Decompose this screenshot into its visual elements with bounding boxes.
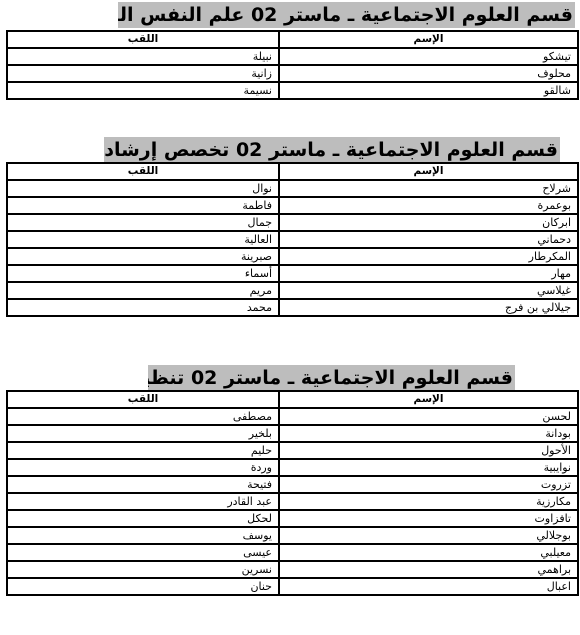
surname-cell: تافزاوت — [279, 510, 578, 527]
surname-cell: الأحول — [279, 442, 578, 459]
firstname-cell: عبد القادر — [7, 493, 279, 510]
firstname-cell: مصطفى — [7, 408, 279, 425]
surname-cell: محلوف — [279, 65, 578, 82]
surname-cell: اعبال — [279, 578, 578, 595]
firstname-cell: لحكل — [7, 510, 279, 527]
column-header-surname: الإسم — [279, 163, 578, 180]
surname-cell: تيشكو — [279, 48, 578, 65]
table-row: بودانةبلخير — [7, 425, 578, 442]
surname-cell: دحماني — [279, 231, 578, 248]
surname-cell: مهار — [279, 265, 578, 282]
firstname-cell: محمد — [7, 299, 279, 316]
surname-cell: بوعمرة — [279, 197, 578, 214]
roster-table: الإسم اللقب تيشكونبيلة محلوفزانية شالقون… — [6, 30, 579, 100]
roster-table: الإسم اللقب لحسنمصطفى بودانةبلخير الأحول… — [6, 390, 579, 596]
section-title: قسم العلوم الاجتماعية ـ ماستر 02 تخصص إر… — [104, 137, 560, 163]
table-row: مهارأسماء — [7, 265, 578, 282]
firstname-cell: مريم — [7, 282, 279, 299]
surname-cell: جيلالي بن فرج — [279, 299, 578, 316]
firstname-cell: بلخير — [7, 425, 279, 442]
table-row: ابركانجمال — [7, 214, 578, 231]
column-header-firstname: اللقب — [7, 163, 279, 180]
firstname-cell: أسماء — [7, 265, 279, 282]
surname-cell: نوايبية — [279, 459, 578, 476]
table-row: تزروتفتيحة — [7, 476, 578, 493]
section-title: قسم العلوم الاجتماعية ـ ماستر 02 علم الن… — [118, 2, 575, 28]
table-header-row: الإسم اللقب — [7, 163, 578, 180]
surname-cell: شرلاح — [279, 180, 578, 197]
surname-cell: بودانة — [279, 425, 578, 442]
table-row: غيلاسيمريم — [7, 282, 578, 299]
firstname-cell: فاطمة — [7, 197, 279, 214]
firstname-cell: نسيمة — [7, 82, 279, 99]
firstname-cell: عيسى — [7, 544, 279, 561]
firstname-cell: جمال — [7, 214, 279, 231]
table-row: المكرطارصبرينة — [7, 248, 578, 265]
section-title: قسم العلوم الاجتماعية ـ ماستر 02 تنظيم و… — [148, 365, 515, 391]
column-header-firstname: اللقب — [7, 31, 279, 48]
table-row: مكارزيةعبد القادر — [7, 493, 578, 510]
table-row: معيلبيعيسى — [7, 544, 578, 561]
firstname-cell: حنان — [7, 578, 279, 595]
table-row: شالقونسيمة — [7, 82, 578, 99]
table-row: محلوفزانية — [7, 65, 578, 82]
table-row: تافزاوتلحكل — [7, 510, 578, 527]
table-header-row: الإسم اللقب — [7, 391, 578, 408]
surname-cell: براهمي — [279, 561, 578, 578]
surname-cell: المكرطار — [279, 248, 578, 265]
surname-cell: مكارزية — [279, 493, 578, 510]
table-row: جيلالي بن فرجمحمد — [7, 299, 578, 316]
table-row: الأحولحليم — [7, 442, 578, 459]
firstname-cell: فتيحة — [7, 476, 279, 493]
surname-cell: لحسن — [279, 408, 578, 425]
column-header-surname: الإسم — [279, 31, 578, 48]
firstname-cell: العالية — [7, 231, 279, 248]
surname-cell: تزروت — [279, 476, 578, 493]
firstname-cell: حليم — [7, 442, 279, 459]
surname-cell: شالقو — [279, 82, 578, 99]
firstname-cell: نسرين — [7, 561, 279, 578]
firstname-cell: نبيلة — [7, 48, 279, 65]
roster-table: الإسم اللقب شرلاحنوال بوعمرةفاطمة ابركان… — [6, 162, 579, 317]
table-row: تيشكونبيلة — [7, 48, 578, 65]
firstname-cell: زانية — [7, 65, 279, 82]
surname-cell: غيلاسي — [279, 282, 578, 299]
firstname-cell: نوال — [7, 180, 279, 197]
table-header-row: الإسم اللقب — [7, 31, 578, 48]
table-row: بوعمرةفاطمة — [7, 197, 578, 214]
firstname-cell: صبرينة — [7, 248, 279, 265]
firstname-cell: يوسف — [7, 527, 279, 544]
surname-cell: بوجلالي — [279, 527, 578, 544]
table-row: شرلاحنوال — [7, 180, 578, 197]
table-row: اعبالحنان — [7, 578, 578, 595]
column-header-surname: الإسم — [279, 391, 578, 408]
table-row: براهمينسرين — [7, 561, 578, 578]
table-row: نوايبيةوردة — [7, 459, 578, 476]
table-row: دحمانيالعالية — [7, 231, 578, 248]
column-header-firstname: اللقب — [7, 391, 279, 408]
table-row: بوجلالييوسف — [7, 527, 578, 544]
surname-cell: معيلبي — [279, 544, 578, 561]
surname-cell: ابركان — [279, 214, 578, 231]
table-row: لحسنمصطفى — [7, 408, 578, 425]
firstname-cell: وردة — [7, 459, 279, 476]
